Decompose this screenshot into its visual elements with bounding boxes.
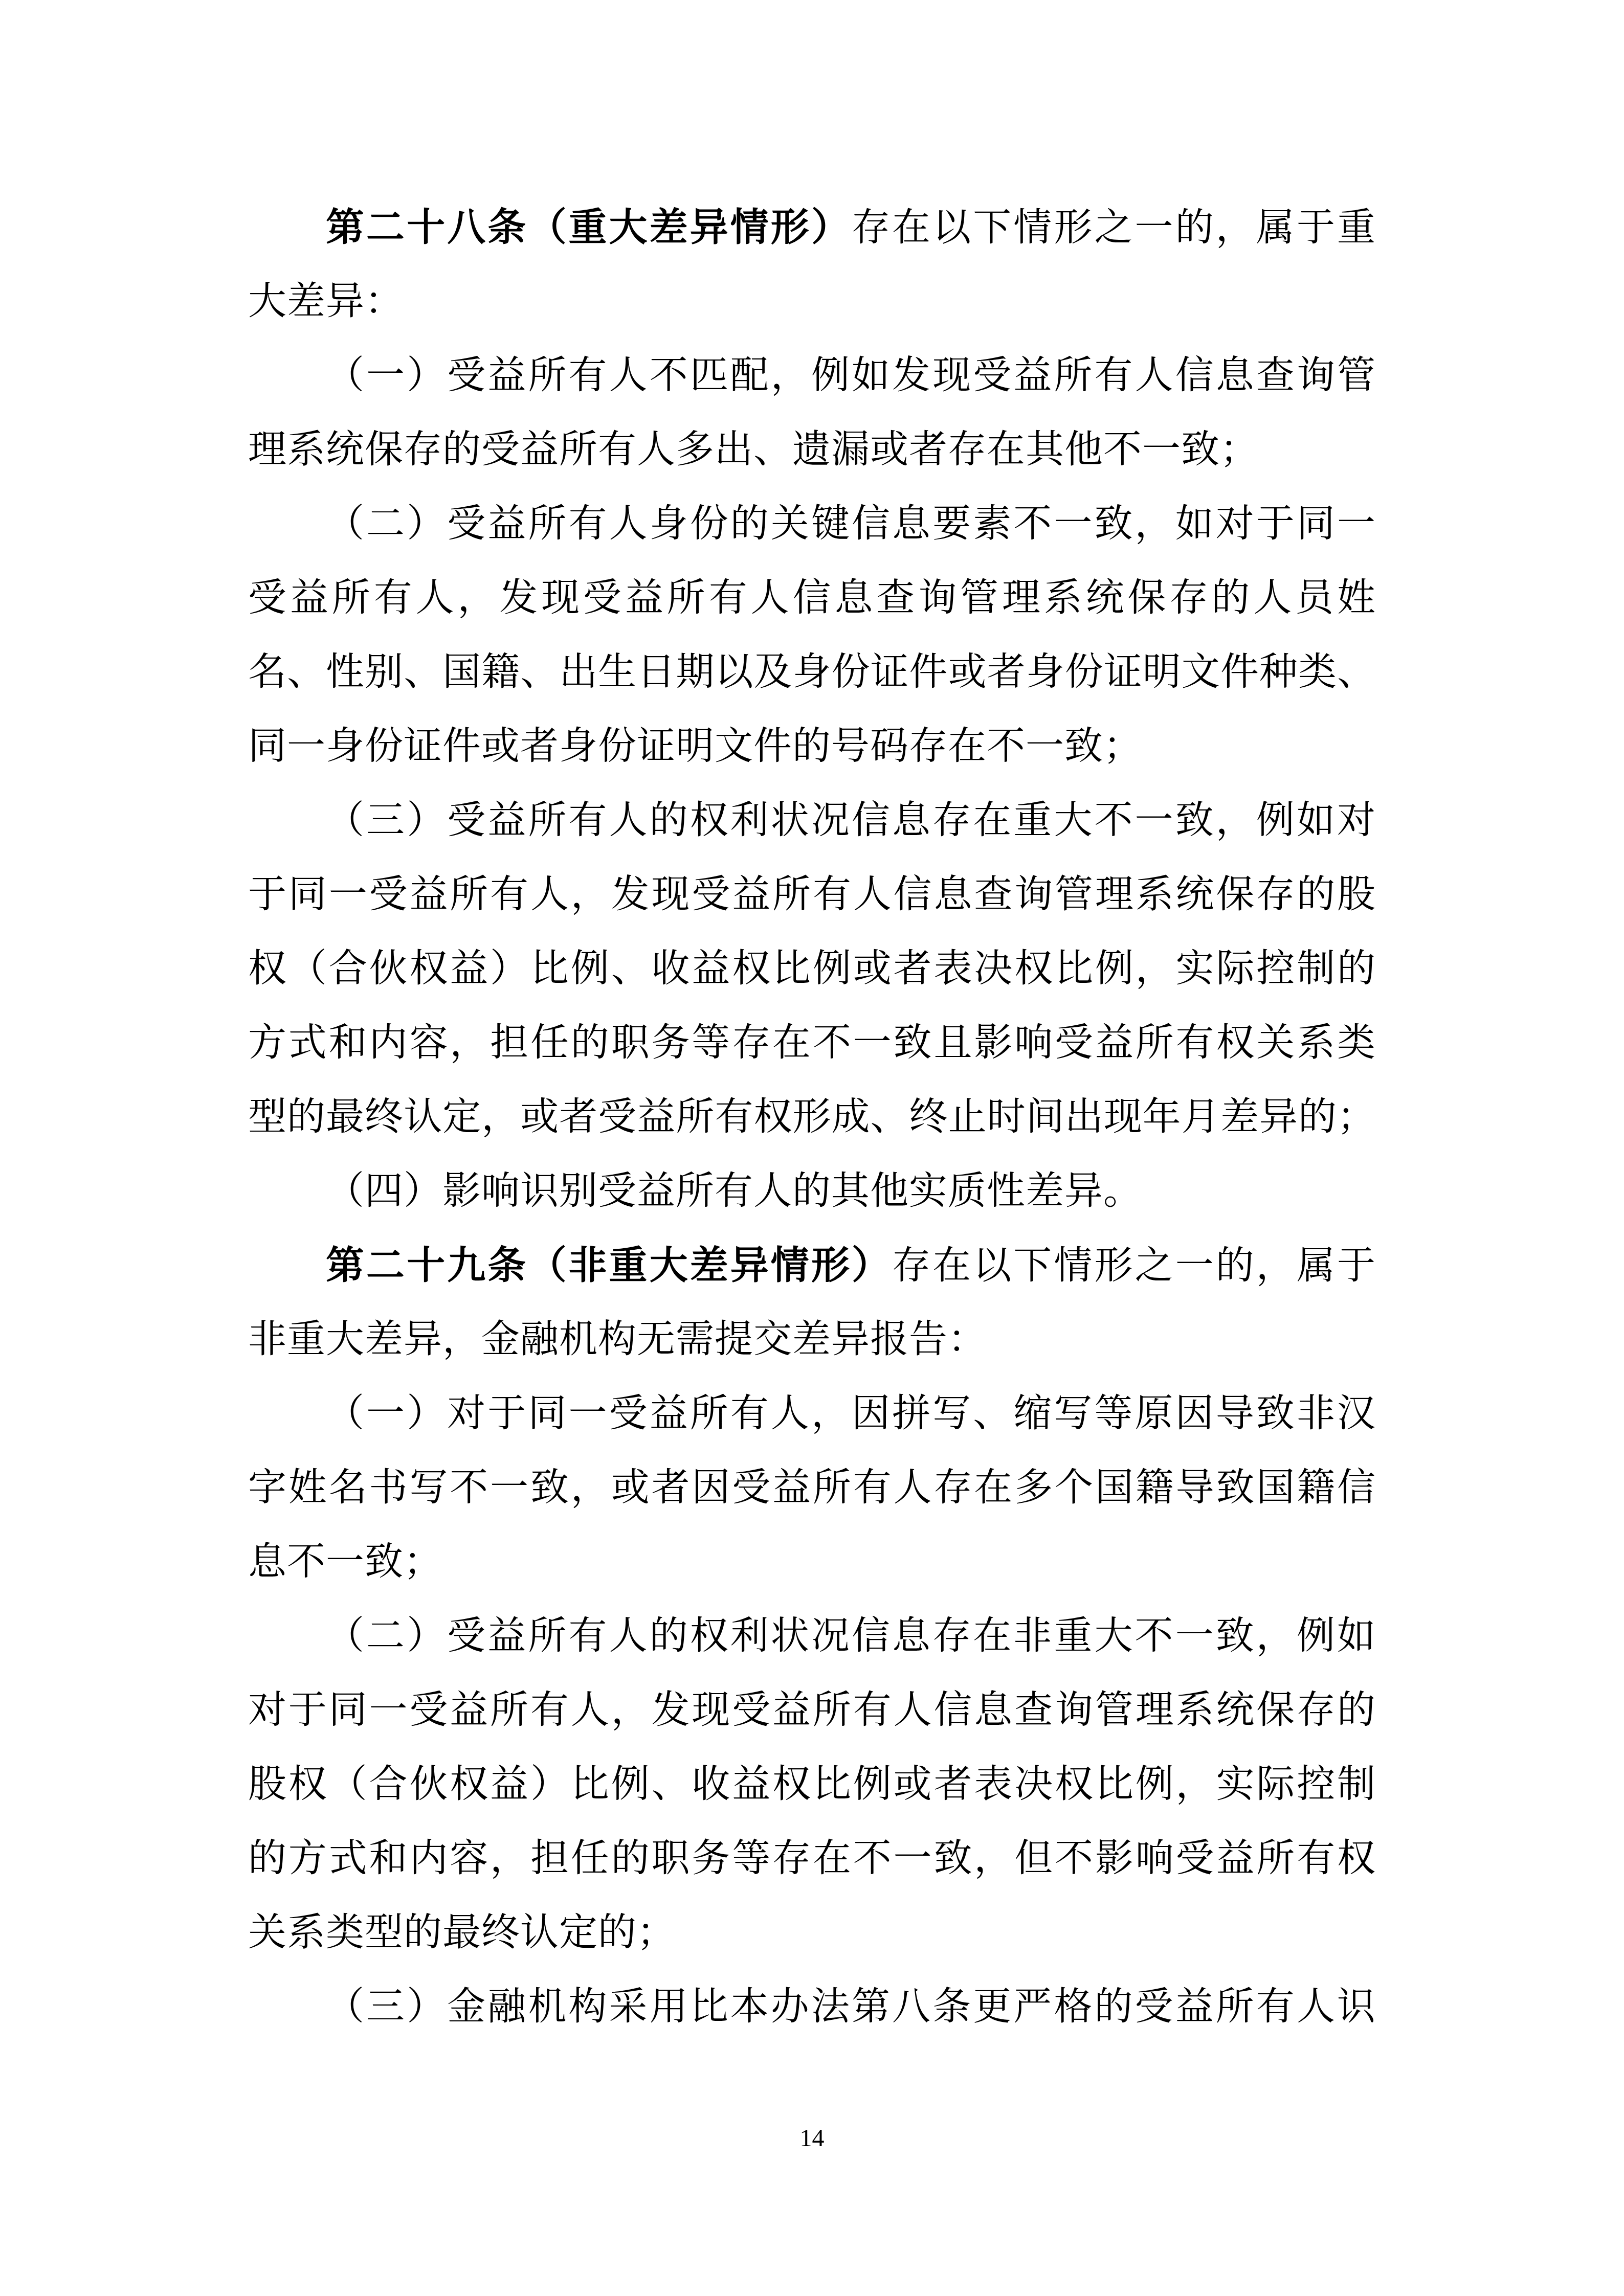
paragraph-item-28-2: （二）受益所有人身份的关键信息要素不一致，如对于同一 受益所有人，发现受益所有人… [248,487,1376,783]
text-line: （三）金融机构采用比本办法第八条更严格的受益所有人识 [248,1970,1376,2044]
text-line: （二）受益所有人身份的关键信息要素不一致，如对于同一 [248,487,1376,561]
page-number: 14 [0,2123,1624,2154]
article-28-heading: 第二十八条（重大差异情形） [326,206,852,249]
paragraph-item-28-3: （三）受益所有人的权利状况信息存在重大不一致，例如对 于同一受益所有人，发现受益… [248,783,1376,1154]
text-line: 非重大差异，金融机构无需提交差异报告： [248,1302,1376,1377]
text-line: 理系统保存的受益所有人多出、遗漏或者存在其他不一致； [248,413,1376,487]
text-line: （二）受益所有人的权利状况信息存在非重大不一致，例如 [248,1599,1376,1673]
text-line: 股权（合伙权益）比例、收益权比例或者表决权比例，实际控制 [248,1747,1376,1821]
text-line: 息不一致； [248,1525,1376,1599]
text-line: 关系类型的最终认定的； [248,1896,1376,1970]
line-text: 存在以下情形之一的，属于重 [852,207,1376,249]
text-line: （四）影响识别受益所有人的其他实质性差异。 [248,1154,1376,1228]
article-29-heading: 第二十九条（非重大差异情形） [326,1244,892,1287]
paragraph-item-29-1: （一）对于同一受益所有人，因拼写、缩写等原因导致非汉 字姓名书写不一致，或者因受… [248,1377,1376,1599]
text-line: 第二十九条（非重大差异情形）存在以下情形之一的，属于 [248,1228,1376,1302]
text-line: 对于同一受益所有人，发现受益所有人信息查询管理系统保存的 [248,1673,1376,1747]
text-line: （一）受益所有人不匹配，例如发现受益所有人信息查询管 [248,339,1376,413]
paragraph-item-29-2: （二）受益所有人的权利状况信息存在非重大不一致，例如 对于同一受益所有人，发现受… [248,1599,1376,1970]
text-line: 名、性别、国籍、出生日期以及身份证件或者身份证明文件种类、 [248,635,1376,709]
paragraph-article-29: 第二十九条（非重大差异情形）存在以下情形之一的，属于 非重大差异，金融机构无需提… [248,1228,1376,1377]
text-line: 于同一受益所有人，发现受益所有人信息查询管理系统保存的股 [248,858,1376,932]
text-line: 型的最终认定，或者受益所有权形成、终止时间出现年月差异的； [248,1080,1376,1154]
text-line: 第二十八条（重大差异情形）存在以下情形之一的，属于重 [248,190,1376,264]
text-line: 字姓名书写不一致，或者因受益所有人存在多个国籍导致国籍信 [248,1451,1376,1525]
line-text: 存在以下情形之一的，属于 [892,1245,1376,1287]
text-line: （一）对于同一受益所有人，因拼写、缩写等原因导致非汉 [248,1377,1376,1451]
paragraph-article-28: 第二十八条（重大差异情形）存在以下情形之一的，属于重 大差异： [248,190,1376,339]
paragraph-item-28-1: （一）受益所有人不匹配，例如发现受益所有人信息查询管 理系统保存的受益所有人多出… [248,339,1376,487]
text-line: 的方式和内容，担任的职务等存在不一致，但不影响受益所有权 [248,1821,1376,1896]
paragraph-item-28-4: （四）影响识别受益所有人的其他实质性差异。 [248,1154,1376,1228]
document-page: 第二十八条（重大差异情形）存在以下情形之一的，属于重 大差异： （一）受益所有人… [0,0,1624,2296]
text-line: （三）受益所有人的权利状况信息存在重大不一致，例如对 [248,783,1376,858]
paragraph-item-29-3: （三）金融机构采用比本办法第八条更严格的受益所有人识 [248,1970,1376,2044]
document-body: 第二十八条（重大差异情形）存在以下情形之一的，属于重 大差异： （一）受益所有人… [248,190,1376,2044]
text-line: 大差异： [248,264,1376,339]
text-line: 同一身份证件或者身份证明文件的号码存在不一致； [248,709,1376,783]
text-line: 受益所有人，发现受益所有人信息查询管理系统保存的人员姓 [248,561,1376,635]
text-line: 权（合伙权益）比例、收益权比例或者表决权比例，实际控制的 [248,932,1376,1006]
text-line: 方式和内容，担任的职务等存在不一致且影响受益所有权关系类 [248,1006,1376,1080]
